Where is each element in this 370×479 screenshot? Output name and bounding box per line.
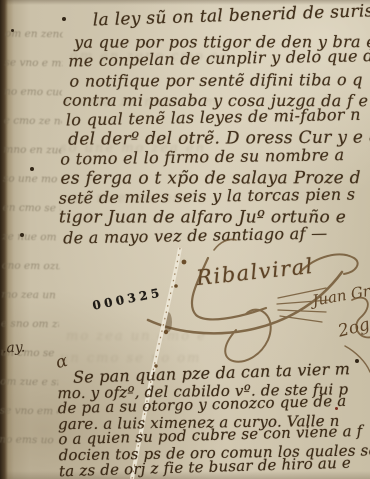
ink-spot <box>62 17 66 21</box>
handwriting-line: o tomo el lo firmo de su nombre a <box>58 145 370 170</box>
main-text-block: la ley sũ on tal benerid de suris dn e y… <box>57 9 370 247</box>
manuscript-page: om en zeno cmo se se vno e mne ca o no e… <box>0 0 370 479</box>
handwriting-line: o notifique por sentẽ difini tiba o q <box>57 70 370 91</box>
ink-spot <box>335 407 338 410</box>
handwriting-line: me conpelan de cunplir y delo que d o <box>57 46 370 71</box>
ink-spot <box>355 359 359 363</box>
ink-spot <box>30 167 34 171</box>
ink-spot <box>11 29 14 32</box>
margin-note: .ay. <box>2 339 26 356</box>
bleedthrough-line: un cmo se no om <box>60 352 201 365</box>
lower-text-block: Se pan quan pze da can ta vier m mo. y o… <box>57 364 370 479</box>
handwriting-line: setẽ de miles seis y la torcas pien s <box>59 185 370 209</box>
bleedthrough-line: mo zea un cmo e <box>66 330 207 343</box>
ink-spot <box>20 233 24 237</box>
